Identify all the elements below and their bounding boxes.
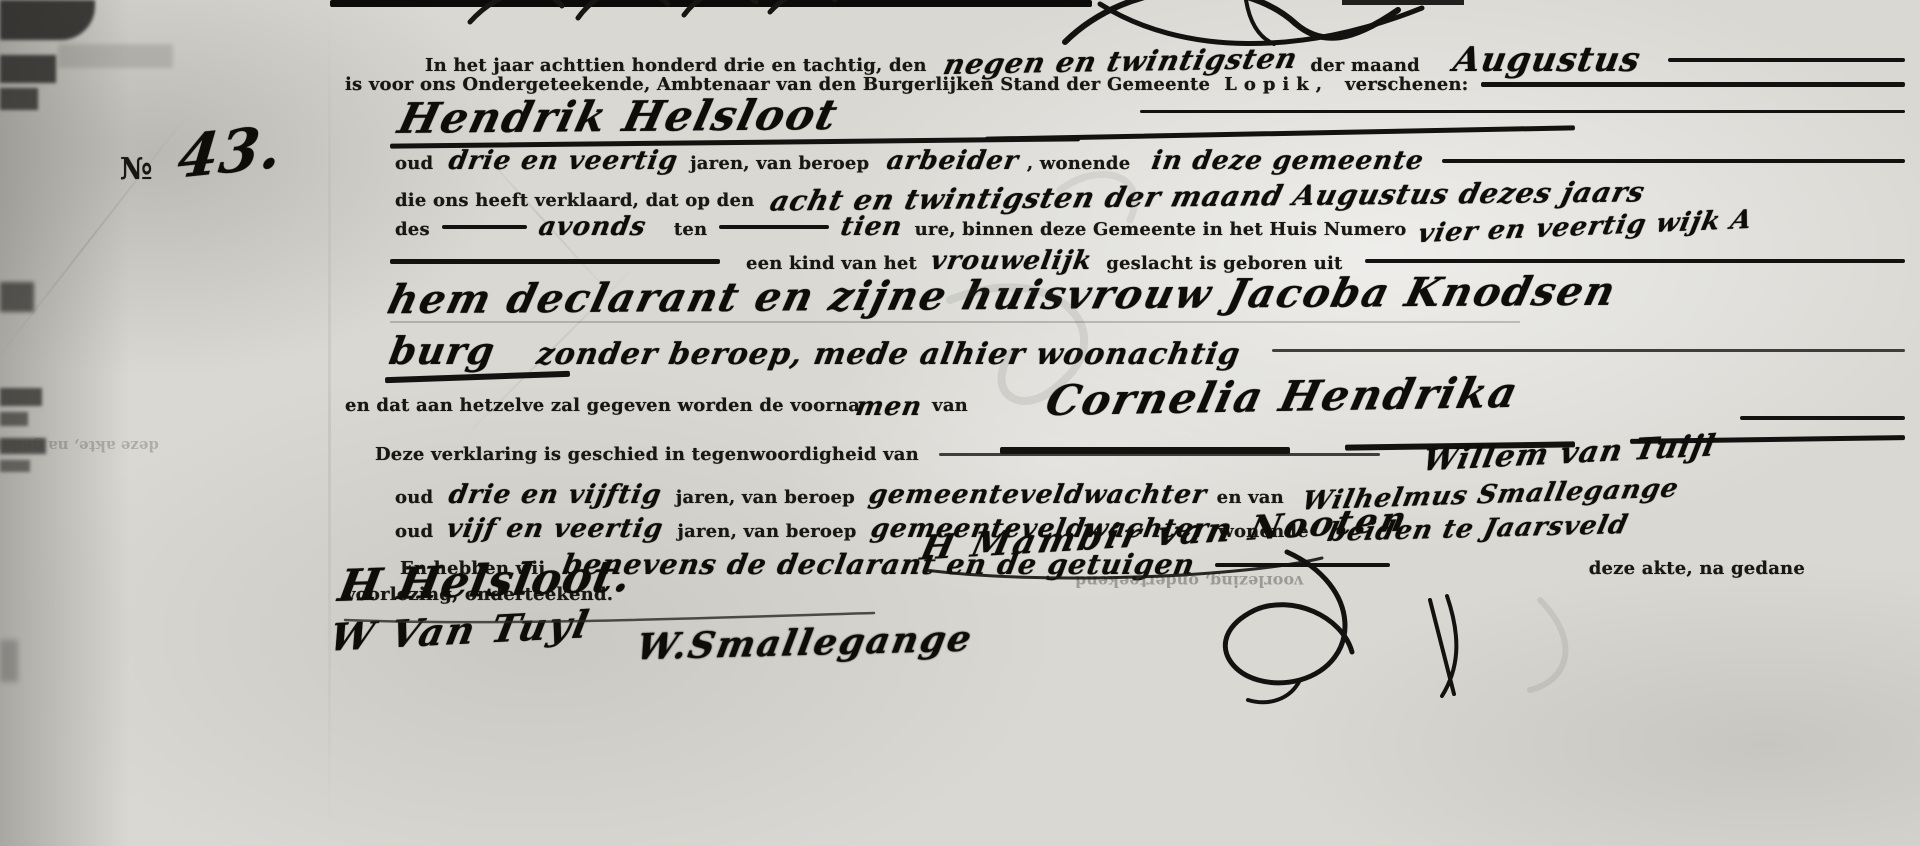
scan-artifact [0, 388, 42, 406]
scan-top-bar [1342, 0, 1464, 5]
paper-crease [0, 110, 192, 371]
printed-text: , wonende [1027, 153, 1131, 174]
printed-text: jaren, van beroep [690, 153, 869, 174]
record-line-mother: burg zonder beroep, mede alhier woonacht… [390, 328, 1905, 373]
scan-artifact [0, 460, 30, 472]
printed-text: oud [395, 487, 433, 508]
paper-crease [328, 0, 331, 846]
blank-filler-rule [1481, 82, 1905, 87]
dash-filler [719, 225, 829, 229]
handwritten-hour: tien [839, 212, 906, 242]
blank-filler-rule [1668, 58, 1905, 62]
printed-text: Deze verklaring is geschied in tegenwoor… [375, 444, 919, 465]
act-number-value: 43. [175, 112, 286, 192]
blank-filler-rule [1365, 259, 1905, 263]
blank-filler-rule [1140, 110, 1905, 113]
pen-flourishes [0, 0, 1920, 846]
ink-bleed-text: deze akte, na gedane [0, 437, 159, 455]
blank-filler-rule [939, 453, 1380, 456]
handwritten-age: drie en veertig [447, 146, 681, 176]
printed-text: deze akte, na gedane [1589, 558, 1805, 579]
handwritten-residence: in deze gemeente [1150, 146, 1427, 176]
faint-guide-line [390, 321, 1520, 323]
printed-text: van [932, 395, 968, 416]
act-number-label: № [120, 152, 153, 187]
printed-text: jaren, van beroep [676, 487, 855, 508]
printed-text: die ons heeft verklaard, dat op den [395, 190, 754, 211]
scan-artifact [0, 412, 28, 426]
name-underline [985, 125, 1575, 141]
record-line-witness1: oud drie en vijftig jaren, van beroep ge… [395, 480, 1920, 510]
witness2-signature: W.Smallegange [633, 618, 976, 669]
child-name: Cornelia Hendrika [1041, 368, 1524, 425]
scan-artifact [0, 88, 38, 110]
blank-filler-rule [1740, 416, 1905, 420]
printed-text: en dat aan hetzelve zal gegeven worden d… [345, 395, 860, 416]
dash-filler [1215, 563, 1390, 567]
dash-filler [442, 225, 527, 229]
printed-text: der maand [1310, 55, 1420, 76]
printed-text: een kind van het [746, 253, 917, 274]
scan-artifact [58, 44, 173, 68]
declarant-name: Hendrik Helsloot [394, 90, 844, 143]
printed-text: In het jaar achttien honderd drie en tac… [425, 55, 927, 76]
handwritten-witness1-age: drie en vijftig [447, 480, 665, 510]
printed-text: des [395, 219, 430, 240]
printed-text: en van [1217, 487, 1284, 508]
handwritten-witness2-age: vijf en veertig [445, 514, 666, 544]
gemeente-name: Lopik, [1224, 74, 1329, 95]
scan-artifact [0, 282, 34, 312]
blank-filler-rule [390, 259, 720, 264]
printed-text: ure, binnen deze Gemeente in het Huis Nu… [915, 219, 1407, 240]
handwritten-daypart: avonds [536, 212, 648, 242]
ink-bleed-text: voorlezing, onderteekend [1075, 572, 1303, 591]
record-line-birth-time: des avonds ten tien ure, binnen deze Gem… [395, 212, 1905, 242]
witness1-name: Willem van Tuijl [1420, 428, 1719, 478]
blank-filler-rule [1272, 349, 1905, 352]
handwritten-witness1-profession: gemeenteveldwachter [866, 480, 1209, 510]
record-line-declarant-details: oud drie en veertig jaren, van beroep ar… [395, 146, 1905, 176]
handwritten-house-number: vier en veertig wijk A [1416, 205, 1756, 249]
handwritten-mother-details: zonder beroep, mede alhier woonachtig [534, 337, 1243, 372]
scan-top-bar [330, 0, 1092, 7]
handwritten-parents-line1: hem declarant en zijne huisvrouw Jacoba … [383, 268, 1621, 324]
scan-artifact [0, 0, 95, 40]
record-line-witness-intro: Deze verklaring is geschied in tegenwoor… [375, 444, 1380, 465]
handwritten-parents-line2: burg [386, 328, 499, 373]
printed-text: jaren, van beroep [677, 521, 856, 542]
record-line-child-name: en dat aan hetzelve zal gegeven worden d… [345, 372, 1517, 421]
printed-text: oud [395, 153, 433, 174]
handwritten-profession: arbeider [885, 146, 1022, 176]
handwritten-overwrite: men [854, 392, 925, 422]
birth-record-scan: № 43. In het jaar achttien honderd drie … [0, 0, 1920, 846]
blank-filler-rule [1442, 159, 1905, 163]
printed-text: oud [395, 521, 433, 542]
record-line-birth-date: die ons heeft verklaard, dat op den acht… [395, 180, 1644, 213]
scan-artifact [0, 55, 56, 83]
printed-text: ten [674, 219, 707, 240]
printed-text: verschenen: [1345, 74, 1469, 95]
scan-artifact [0, 640, 18, 682]
